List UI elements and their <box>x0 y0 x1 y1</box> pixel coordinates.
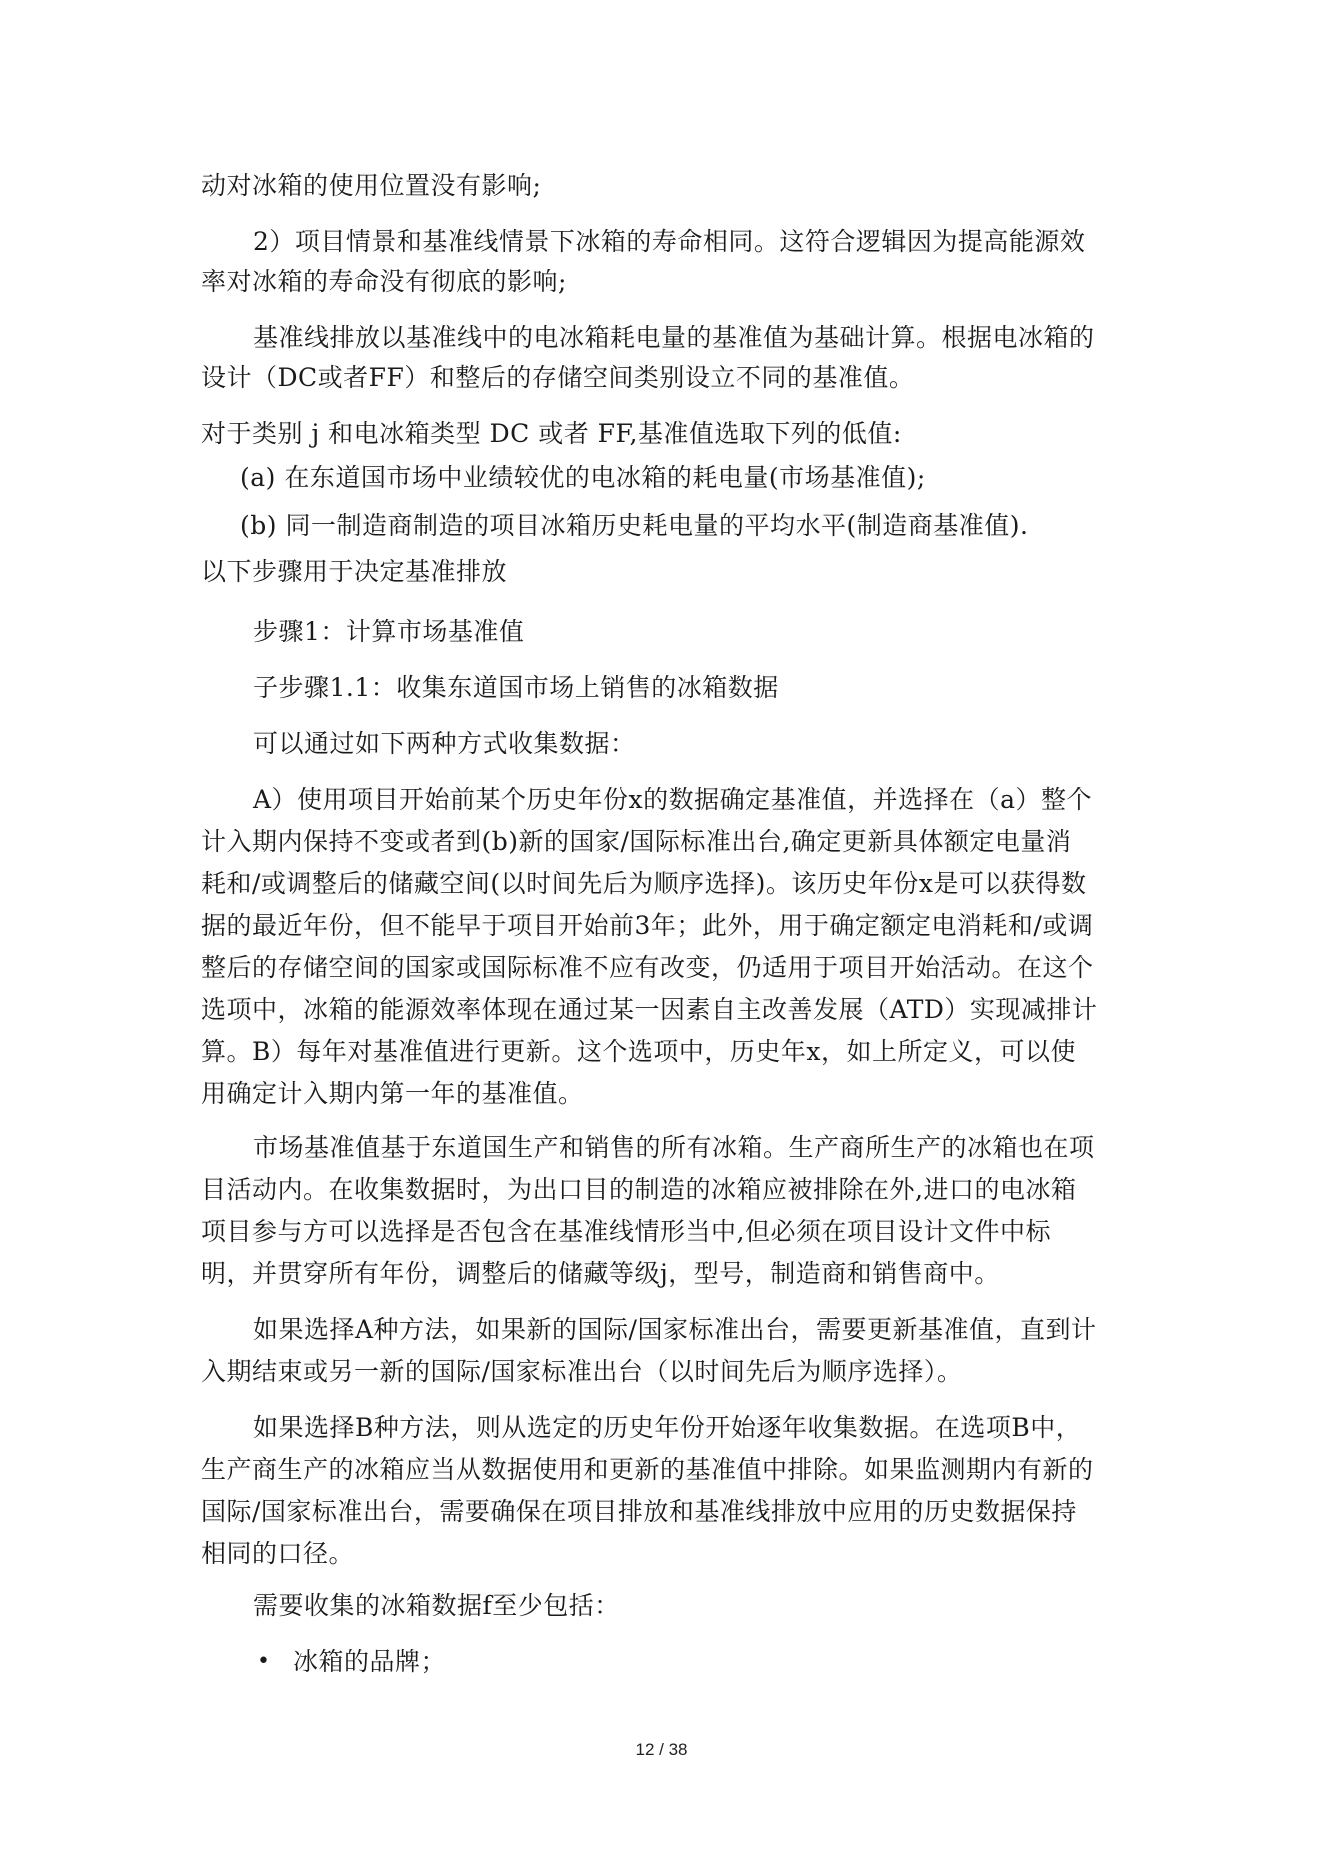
paragraph-line: 据的最近年份，但不能早于项目开始前3年；此外，用于确定额定电消耗和/或调 <box>201 906 1093 946</box>
bullet-list-item: 冰箱的品牌； <box>293 1642 446 1682</box>
list-item-b: (b) 同一制造商制造的项目冰箱历史耗电量的平均水平(制造商基准值). <box>240 506 1028 546</box>
paragraph-line: 整后的存储空间的国家或国际标准不应有改变，仍适用于项目开始活动。在这个 <box>201 948 1094 988</box>
paragraph-line: 市场基准值基于东道国生产和销售的所有冰箱。生产商所生产的冰箱也在项 <box>253 1128 1095 1168</box>
paragraph-line: 动对冰箱的使用位置没有影响; <box>201 166 541 206</box>
list-item-a: (a) 在东道国市场中业绩较优的电冰箱的耗电量(市场基准值); <box>240 458 926 498</box>
paragraph-line: 选项中，冰箱的能源效率体现在通过某一因素自主改善发展（ATD）实现减排计 <box>201 990 1097 1030</box>
step-heading: 步骤1：计算市场基准值 <box>253 612 524 652</box>
paragraph-line: 如果选择A种方法，如果新的国际/国家标准出台，需要更新基准值，直到计 <box>253 1310 1096 1350</box>
paragraph-line: 相同的口径。 <box>201 1534 354 1574</box>
paragraph-line: 耗和/或调整后的储藏空间(以时间先后为顺序选择)。该历史年份x是可以获得数 <box>201 864 1087 904</box>
paragraph-line: A）使用项目开始前某个历史年份x的数据确定基准值，并选择在（a）整个 <box>253 780 1092 820</box>
paragraph-line: 需要收集的冰箱数据f至少包括： <box>253 1586 620 1626</box>
paragraph-line: 项目参与方可以选择是否包含在基准线情形当中,但必须在项目设计文件中标 <box>201 1212 1051 1252</box>
paragraph-line: 设计（DC或者FF）和整后的存储空间类别设立不同的基准值。 <box>201 358 914 398</box>
page-number: 12 / 38 <box>0 1740 1323 1760</box>
paragraph-line: 目活动内。在收集数据时，为出口目的制造的冰箱应被排除在外,进口的电冰箱 <box>201 1170 1076 1210</box>
paragraph-line: 2）项目情景和基准线情景下冰箱的寿命相同。这符合逻辑因为提高能源效 <box>253 222 1085 262</box>
paragraph-line: 对于类别 j 和电冰箱类型 DC 或者 FF,基准值选取下列的低值: <box>201 414 902 454</box>
substep-heading: 子步骤1.1：收集东道国市场上销售的冰箱数据 <box>253 668 779 708</box>
paragraph-line: 算。B）每年对基准值进行更新。这个选项中，历史年x，如上所定义，可以使 <box>201 1032 1076 1072</box>
paragraph-line: 明，并贯穿所有年份，调整后的储藏等级j，型号，制造商和销售商中。 <box>201 1254 1000 1294</box>
paragraph-line: 率对冰箱的寿命没有彻底的影响; <box>201 262 567 302</box>
paragraph-line: 可以通过如下两种方式收集数据： <box>253 724 636 764</box>
paragraph-line: 生产商生产的冰箱应当从数据使用和更新的基准值中排除。如果监测期内有新的 <box>201 1450 1094 1490</box>
paragraph-line: 用确定计入期内第一年的基准值。 <box>201 1074 584 1114</box>
paragraph-line: 基准线排放以基准线中的电冰箱耗电量的基准值为基础计算。根据电冰箱的 <box>253 318 1095 358</box>
paragraph-line: 国际/国家标准出台，需要确保在项目排放和基准线排放中应用的历史数据保持 <box>201 1492 1077 1532</box>
document-page: 动对冰箱的使用位置没有影响; 2）项目情景和基准线情景下冰箱的寿命相同。这符合逻… <box>0 0 1323 1871</box>
paragraph-line: 入期结束或另一新的国际/国家标准出台（以时间先后为顺序选择）。 <box>201 1352 962 1392</box>
paragraph-line: 以下步骤用于决定基准排放 <box>201 552 507 592</box>
paragraph-line: 如果选择B种方法，则从选定的历史年份开始逐年收集数据。在选项B中， <box>253 1408 1081 1448</box>
paragraph-line: 计入期内保持不变或者到(b)新的国家/国际标准出台,确定更新具体额定电量消 <box>201 822 1071 862</box>
bullet-icon: • <box>257 1642 270 1682</box>
